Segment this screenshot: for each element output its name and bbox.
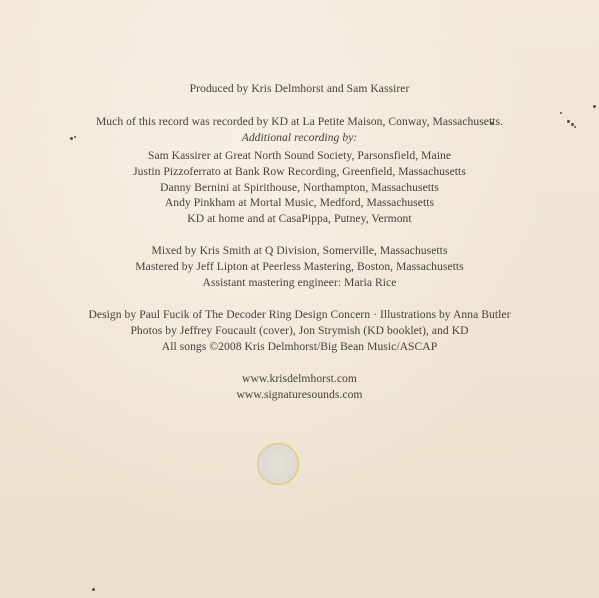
paper-speck <box>593 105 596 108</box>
paper-speck <box>490 122 493 125</box>
additional-recording-line: KD at home and at CasaPippa, Putney, Ver… <box>0 212 599 226</box>
recording-location-credit: Much of this record was recorded by KD a… <box>0 115 599 129</box>
additional-recording-heading: Additional recording by: <box>0 131 599 145</box>
website-link[interactable]: www.krisdelmhorst.com <box>0 372 599 386</box>
paper-speck <box>70 137 73 140</box>
additional-recording-line: Justin Pizzoferrato at Bank Row Recordin… <box>0 165 599 179</box>
copyright-notice: All songs ©2008 Kris Delmhorst/Big Bean … <box>0 340 599 354</box>
paper-speck <box>74 136 76 138</box>
cd-hub-circle <box>257 443 299 485</box>
additional-recording-line: Danny Bernini at Spirithouse, Northampto… <box>0 181 599 195</box>
additional-recording-line: Andy Pinkham at Mortal Music, Medford, M… <box>0 196 599 210</box>
mastering-credit: Mastered by Jeff Lipton at Peerless Mast… <box>0 260 599 274</box>
assistant-mastering-credit: Assistant mastering engineer: Maria Rice <box>0 276 599 290</box>
paper-speck <box>560 112 562 114</box>
website-link[interactable]: www.signaturesounds.com <box>0 388 599 402</box>
photo-credit: Photos by Jeffrey Foucault (cover), Jon … <box>0 324 599 338</box>
paper-speck <box>567 120 570 123</box>
paper-speck <box>574 126 576 128</box>
producer-credit: Produced by Kris Delmhorst and Sam Kassi… <box>0 82 599 96</box>
additional-recording-line: Sam Kassirer at Great North Sound Societ… <box>0 149 599 163</box>
paper-speck <box>92 588 95 591</box>
mixing-credit: Mixed by Kris Smith at Q Division, Somer… <box>0 244 599 258</box>
design-credit: Design by Paul Fucik of The Decoder Ring… <box>0 308 599 322</box>
